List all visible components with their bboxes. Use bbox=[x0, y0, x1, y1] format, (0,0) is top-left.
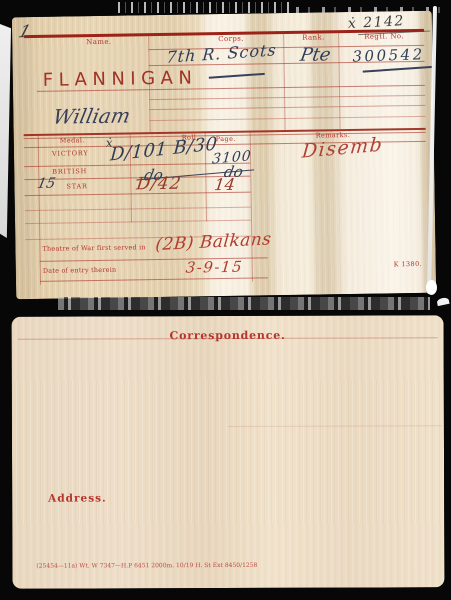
corner-index-mark: 1 bbox=[16, 22, 33, 42]
regtl-no-column-label: Regtl. No. bbox=[364, 32, 404, 41]
rule-line bbox=[25, 207, 251, 212]
scan-curl-bottom-right bbox=[436, 297, 449, 306]
medal-row-star-label: Star bbox=[66, 182, 87, 190]
scan-streaks-top bbox=[118, 2, 293, 13]
star-prefix-entry: 15 bbox=[36, 176, 57, 192]
medal-card-front: 1 ẋ 2142 Name. Corps. Rank. Regtl. No. F… bbox=[12, 11, 436, 300]
scan-band-middle bbox=[58, 297, 430, 310]
entry-date-entry: 3-9-15 bbox=[185, 258, 244, 277]
correspondence-title: Correspondence. bbox=[12, 328, 444, 343]
address-label: Address. bbox=[48, 492, 107, 504]
surname-entry: FLANNIGAN bbox=[43, 67, 198, 90]
victory-roll-entry: D/101 B/30 bbox=[109, 133, 218, 165]
scan-blob-right bbox=[426, 280, 437, 295]
medal-row-victory-label: Victory bbox=[52, 149, 89, 158]
forename-entry: William bbox=[51, 103, 132, 128]
column-line bbox=[338, 30, 341, 129]
theatre-entry: (2B) Balkans bbox=[155, 229, 273, 255]
medal-card-back: Correspondence. Address. (25454—11a) Wt.… bbox=[12, 315, 445, 589]
ditto-mark-regtl-no bbox=[363, 66, 433, 72]
medal-row-british-label: British bbox=[52, 167, 87, 176]
rank-column-label: Rank. bbox=[302, 33, 325, 41]
name-column-label: Name. bbox=[86, 38, 111, 46]
page-column-label: Page. bbox=[216, 135, 236, 143]
remarks-entry: Disemb bbox=[301, 134, 384, 163]
star-page-entry: 14 bbox=[213, 175, 236, 194]
rule-line bbox=[149, 95, 425, 100]
column-line bbox=[283, 31, 286, 130]
rule-line bbox=[228, 425, 442, 427]
pencil-serial-note: ẋ 2142 bbox=[348, 13, 406, 32]
theatre-label: Theatre of War first served in bbox=[42, 243, 145, 253]
rule-line bbox=[149, 105, 425, 110]
ditto-mark-corps bbox=[209, 73, 265, 78]
rule-line bbox=[149, 116, 425, 121]
regtl-no-entry: 300542 bbox=[352, 45, 425, 65]
rule-line bbox=[40, 277, 268, 282]
entry-date-label: Date of entry therein bbox=[43, 266, 117, 275]
scan-strip-left bbox=[0, 24, 11, 238]
rank-entry: Pte bbox=[299, 44, 332, 66]
rule-line bbox=[25, 220, 251, 225]
form-code: K 1380. bbox=[394, 260, 422, 268]
medal-column-label: Medal. bbox=[60, 136, 85, 144]
scanned-medal-index-card: 1 ẋ 2142 Name. Corps. Rank. Regtl. No. F… bbox=[0, 0, 451, 600]
printer-imprint: (25454—11a) Wt. W 7347—H.P 6451 2000m. 1… bbox=[36, 562, 257, 570]
star-roll-entry: D/42 bbox=[135, 174, 182, 195]
